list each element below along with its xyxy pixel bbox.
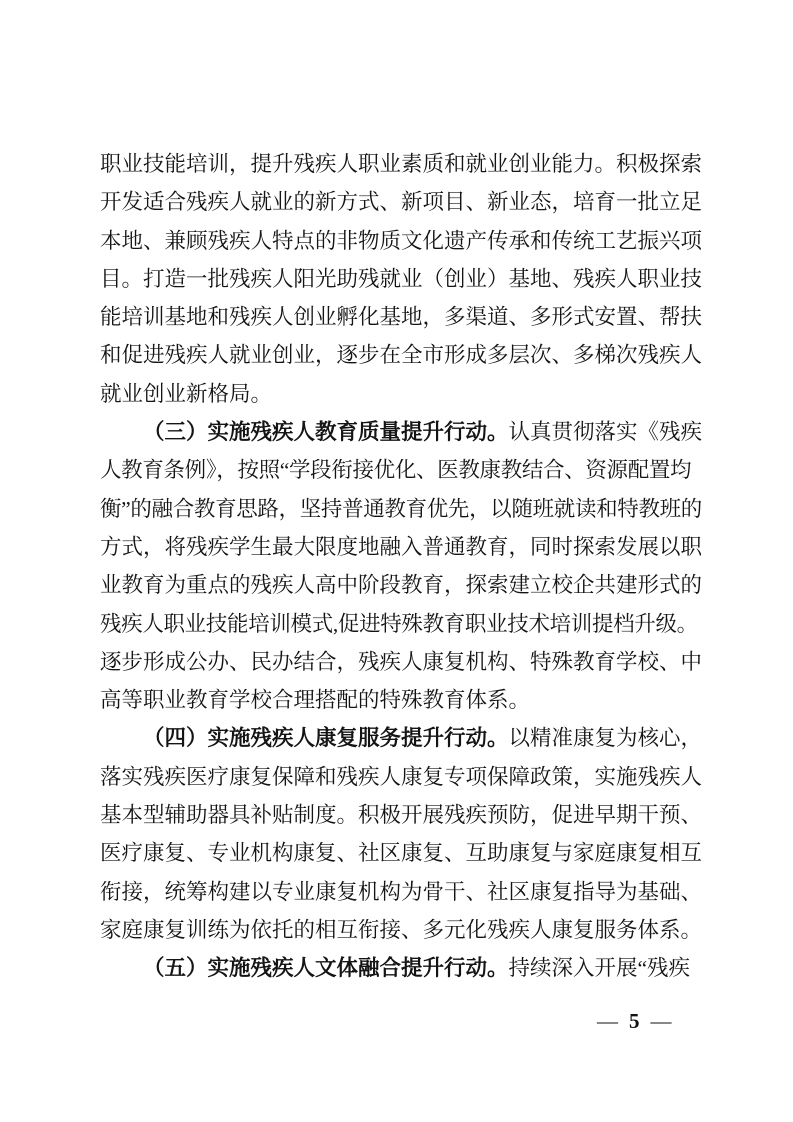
body-text-segment: 持续深入开展“残疾 [509, 956, 691, 980]
document-page: 职业技能培训，提升残疾人职业素质和就业创业能力。积极探索开发适合残疾人就业的新方… [0, 0, 793, 1122]
text-line: 开发适合残疾人就业的新方式、新项目、新业态，培育一批立足 [100, 183, 706, 221]
body-text-segment: 基本型辅助器具补贴制度。积极开展残疾预防，促进早期干预、 [100, 803, 702, 827]
text-line: 业教育为重点的残疾人高中阶段教育，探索建立校企共建形式的 [100, 566, 706, 604]
body-text-segment: 医疗康复、专业机构康复、社区康复、互助康复与家庭康复相互 [100, 841, 702, 865]
body-text-block: 职业技能培训，提升残疾人职业素质和就业创业能力。积极探索开发适合残疾人就业的新方… [100, 145, 706, 988]
body-text-segment: 就业创业新格局。 [100, 382, 272, 406]
text-line: 能培训基地和残疾人创业孵化基地，多渠道、多形式安置、帮扶 [100, 298, 706, 336]
text-line: 就业创业新格局。 [100, 375, 706, 413]
text-line: 高等职业教育学校合理搭配的特殊教育体系。 [100, 681, 706, 719]
body-text-segment: 家庭康复训练为依托的相互衔接、多元化残疾人康复服务体系。 [100, 918, 702, 942]
section-heading-text: （五）实施残疾人文体融合提升行动。 [143, 956, 509, 980]
text-line: 残疾人职业技能培训模式,促进特殊教育职业技术培训提档升级。 [100, 605, 706, 643]
body-text-segment: 以精准康复为核心， [509, 726, 703, 750]
body-text-segment: 残疾人职业技能培训模式,促进特殊教育职业技术培训提档升级。 [100, 612, 698, 636]
body-text-segment: 能培训基地和残疾人创业孵化基地，多渠道、多形式安置、帮扶 [100, 305, 702, 329]
body-text-segment: 衔接，统筹构建以专业康复机构为骨干、社区康复指导为基础、 [100, 880, 702, 904]
text-line: 落实残疾医疗康复保障和残疾人康复专项保障政策，实施残疾人 [100, 758, 706, 796]
text-line: 人教育条例》，按照“学段衔接优化、医教康教结合、资源配置均 [100, 451, 706, 489]
section-heading-text: （三）实施残疾人教育质量提升行动。 [143, 420, 509, 444]
body-text-segment: 认真贯彻落实《残疾 [509, 420, 703, 444]
body-text-segment: 职业技能培训，提升残疾人职业素质和就业创业能力。积极探索 [100, 152, 702, 176]
page-footer: —5— [597, 1007, 672, 1035]
text-line: 衔接，统筹构建以专业康复机构为骨干、社区康复指导为基础、 [100, 873, 706, 911]
text-line: 逐步形成公办、民办结合，残疾人康复机构、特殊教育学校、中 [100, 643, 706, 681]
body-text-segment: 目。打造一批残疾人阳光助残就业（创业）基地、残疾人职业技 [100, 267, 702, 291]
body-text-segment: 本地、兼顾残疾人特点的非物质文化遗产传承和传统工艺振兴项 [100, 229, 702, 253]
text-line: （四）实施残疾人康复服务提升行动。以精准康复为核心， [100, 719, 706, 757]
section-heading-text: （四）实施残疾人康复服务提升行动。 [143, 726, 509, 750]
body-text-segment: 和促进残疾人就业创业，逐步在全市形成多层次、多梯次残疾人 [100, 343, 702, 367]
text-line: 本地、兼顾残疾人特点的非物质文化遗产传承和传统工艺振兴项 [100, 222, 706, 260]
text-line: 家庭康复训练为依托的相互衔接、多元化残疾人康复服务体系。 [100, 911, 706, 949]
body-text-segment: 人教育条例》，按照“学段衔接优化、医教康教结合、资源配置均 [100, 458, 691, 482]
footer-dash-right: — [651, 1009, 672, 1033]
text-line: 方式，将残疾学生最大限度地融入普通教育，同时探索发展以职 [100, 528, 706, 566]
footer-page-number: 5 [629, 1009, 640, 1033]
text-line: （三）实施残疾人教育质量提升行动。认真贯彻落实《残疾 [100, 413, 706, 451]
body-text-segment: 开发适合残疾人就业的新方式、新项目、新业态，培育一批立足 [100, 190, 702, 214]
body-text-segment: 业教育为重点的残疾人高中阶段教育，探索建立校企共建形式的 [100, 573, 702, 597]
body-text-segment: 衡”的融合教育思路，坚持普通教育优先，以随班就读和特教班的 [100, 497, 702, 521]
footer-dash-left: — [597, 1009, 618, 1033]
text-line: 基本型辅助器具补贴制度。积极开展残疾预防，促进早期干预、 [100, 796, 706, 834]
text-line: 目。打造一批残疾人阳光助残就业（创业）基地、残疾人职业技 [100, 260, 706, 298]
text-line: 职业技能培训，提升残疾人职业素质和就业创业能力。积极探索 [100, 145, 706, 183]
text-line: 和促进残疾人就业创业，逐步在全市形成多层次、多梯次残疾人 [100, 336, 706, 374]
body-text-segment: 方式，将残疾学生最大限度地融入普通教育，同时探索发展以职 [100, 535, 702, 559]
body-text-segment: 逐步形成公办、民办结合，残疾人康复机构、特殊教育学校、中 [100, 650, 702, 674]
body-text-segment: 落实残疾医疗康复保障和残疾人康复专项保障政策，实施残疾人 [100, 765, 702, 789]
text-line: 医疗康复、专业机构康复、社区康复、互助康复与家庭康复相互 [100, 834, 706, 872]
text-line: 衡”的融合教育思路，坚持普通教育优先，以随班就读和特教班的 [100, 490, 706, 528]
text-line: （五）实施残疾人文体融合提升行动。持续深入开展“残疾 [100, 949, 706, 987]
body-text-segment: 高等职业教育学校合理搭配的特殊教育体系。 [100, 688, 530, 712]
